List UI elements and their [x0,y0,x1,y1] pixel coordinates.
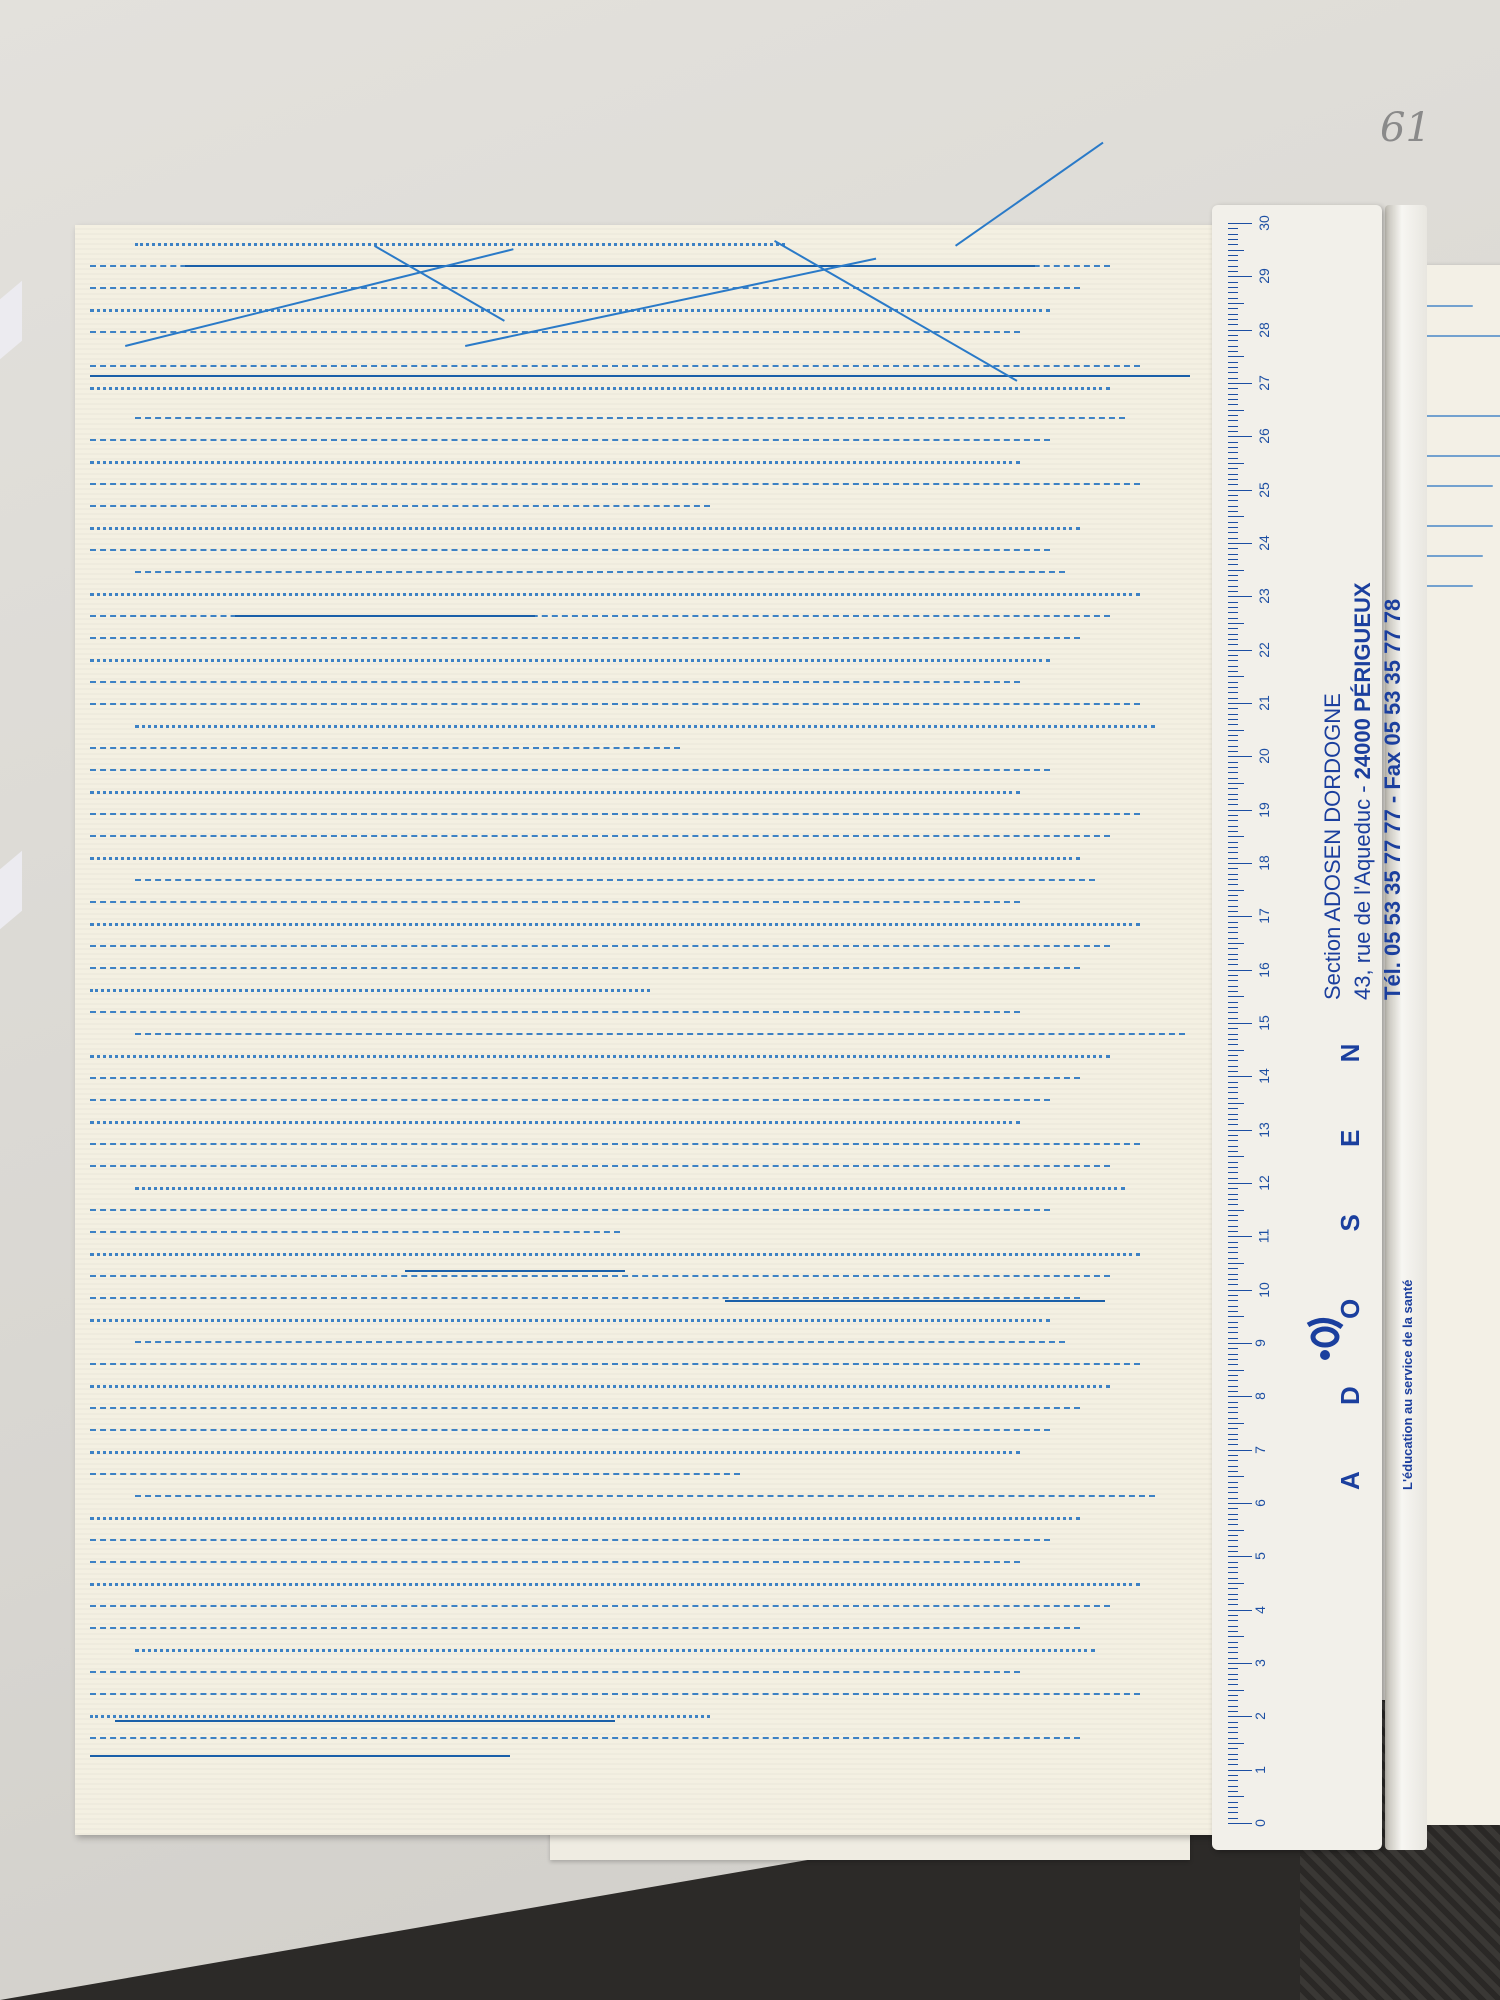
strikethrough [405,1270,625,1272]
ruler-tick [1228,596,1252,597]
ruler-tick [1228,362,1238,363]
ruler-tick [1228,506,1238,507]
ruler-tick [1228,1322,1238,1323]
handwritten-line [90,1253,1140,1256]
ruler-tick [1228,1636,1244,1637]
ruler-tick [1228,778,1238,779]
ruler-tick [1228,623,1244,624]
ruler-tick [1228,1151,1238,1152]
ruler-tick [1228,383,1252,384]
ruler-tick [1228,1668,1238,1669]
ruler-tick [1228,1722,1238,1723]
ruler-tick [1228,1066,1238,1067]
ruler-tick [1228,650,1252,651]
strikethrough [725,1300,1105,1302]
ruler-tick [1228,1338,1238,1339]
ruler-tick [1228,1562,1238,1563]
ruler-tick [1228,250,1244,251]
ruler-tick [1228,1082,1238,1083]
ruler-tick [1228,591,1238,592]
ruler-label: 8 [1252,1392,1268,1400]
ruler-tick [1228,1039,1238,1040]
ruler-label: 9 [1252,1339,1268,1347]
ruler-tick [1228,1466,1238,1467]
ruler-tick [1228,1540,1238,1541]
ruler-tick [1228,463,1244,464]
ruler-tick [1228,815,1238,816]
ruler-label: 6 [1252,1499,1268,1507]
ruler-tick [1228,1370,1244,1371]
ruler-tick [1228,1684,1238,1685]
ruler-tick [1228,1764,1238,1765]
ruler-tick [1228,1220,1238,1221]
ruler-tick [1228,927,1238,928]
handwritten-line [135,1649,1095,1652]
handwritten-line [90,901,1020,903]
ruler-tick [1228,1284,1238,1285]
ruler-tick [1228,1652,1238,1653]
ruler-label: 25 [1256,482,1272,498]
ruler-label: 21 [1256,695,1272,711]
ruler-tick [1228,1460,1238,1461]
ruler-tick [1228,1167,1238,1168]
ruler-label: 27 [1256,375,1272,391]
ruler-tick [1228,756,1252,757]
ruler-label: 20 [1256,749,1272,765]
ruler-tick [1228,1418,1238,1419]
handwritten-line [90,1231,620,1233]
ruler-tick [1228,1503,1252,1504]
handwritten-line [90,331,1020,333]
ruler-tick [1228,287,1238,288]
ruler-tick [1228,468,1238,469]
ruler-tick [1228,1711,1238,1712]
ruler-tick [1228,1508,1238,1509]
handwritten-line [90,1385,1110,1388]
ruler-tick [1228,842,1238,843]
ruler-tick [1228,564,1238,565]
handwritten-line [90,1011,1020,1013]
ruler-tick [1228,1407,1238,1408]
ruler-tick [1228,484,1238,485]
ruler-tick [1228,399,1238,400]
ruler-tick [1228,1135,1238,1136]
ruler-tick [1228,762,1238,763]
ruler-tick [1228,367,1238,368]
ruler-tick [1228,874,1238,875]
ruler-tick [1228,1306,1238,1307]
ruler-tick [1228,1140,1238,1141]
adosen-logo-icon [1300,1315,1350,1375]
handwritten-line [135,1495,1155,1497]
handwritten-line [90,659,1050,662]
ruler-tick [1228,1092,1238,1093]
ruler-tick [1228,831,1238,832]
ruler-tick [1228,500,1238,501]
ruler-tick [1228,442,1238,443]
ruler-tick [1228,271,1238,272]
ruler-tick [1228,767,1238,768]
ruler-tick [1228,1316,1244,1317]
ruler-label: 26 [1256,429,1272,445]
ruler-tick [1228,1802,1238,1803]
handwritten-line [1423,335,1500,337]
ruler-tick [1228,1034,1238,1035]
ruler-tick [1228,1700,1238,1701]
handwritten-line [90,483,1140,485]
handwritten-line [90,527,1080,530]
ruler-tick [1228,1695,1238,1696]
ruler-tick [1228,1604,1238,1605]
handwritten-line [135,571,1065,573]
ruler-tick [1228,324,1238,325]
ruler-tick [1228,826,1238,827]
handwritten-line [135,1187,1125,1190]
ruler-label: 30 [1256,215,1272,231]
ruler-label: 4 [1252,1606,1268,1614]
ruler-tick [1228,1231,1238,1232]
handwritten-line [1423,585,1473,587]
ruler-tick [1228,687,1238,688]
ruler-tick [1228,1114,1238,1115]
handwritten-line [90,593,1140,596]
ruler-label: 13 [1256,1122,1272,1138]
ruler-tick [1228,426,1238,427]
strikethrough [90,1755,510,1757]
ruler-label: 18 [1256,855,1272,871]
ruler-tick [1228,1119,1238,1120]
ruler-tick [1228,276,1252,277]
ruler-tick [1228,1188,1238,1189]
handwritten-line [135,879,1095,881]
ruler-section: Section ADOSEN DORDOGNE [1318,582,1348,1000]
pencil-page-number: 61 [1380,105,1431,151]
handwritten-line [1423,555,1483,557]
ruler-tick [1228,922,1238,923]
handwritten-line [135,1033,1185,1035]
ruler-tick [1228,1732,1238,1733]
ruler-tick [1228,708,1238,709]
ruler-tick [1228,1327,1238,1328]
handwritten-line [90,461,1020,464]
handwritten-line [90,1275,1110,1277]
handwritten-line [90,703,1140,705]
ruler-tick [1228,676,1244,677]
ruler-tick [1228,1444,1238,1445]
ruler-tick [1228,330,1252,331]
handwritten-line [90,1429,1050,1431]
ruler-tick [1228,516,1244,517]
section-divider [90,375,1190,377]
ruler-tick [1228,1002,1238,1003]
ruler-tick [1228,1770,1252,1771]
handwritten-line [135,1341,1065,1343]
ruler-tick [1228,788,1238,789]
ruler-tick [1228,1759,1238,1760]
handwritten-line [1423,525,1493,527]
ruler-tick [1228,1807,1238,1808]
ruler-tick [1228,554,1238,555]
handwritten-line [90,1143,1140,1145]
ruler-tick [1228,1050,1244,1051]
ruler-tick [1228,415,1238,416]
ruler-label: 11 [1255,1229,1271,1244]
ruler-tick [1228,1162,1238,1163]
handwritten-line [135,243,785,246]
handwritten-line [90,1517,1080,1520]
ruler-tick [1228,964,1238,965]
ruler-tick [1228,671,1238,672]
ruler-tick [1228,431,1238,432]
ruler-tick [1228,479,1238,480]
adjacent-manuscript-sheet [1415,265,1500,1825]
handwritten-line [90,857,1080,860]
handwritten-line [90,923,1140,926]
ruler-tick [1228,559,1238,560]
handwritten-line [90,1693,1140,1695]
ruler-tick [1228,1524,1238,1525]
ruler-tick [1228,372,1238,373]
ruler-brand-logo: A D O S E N [1335,1014,1366,1490]
ruler-tick [1228,1620,1238,1621]
ruler-label: 29 [1256,269,1272,285]
ruler-label: 28 [1256,322,1272,338]
ruler-tick [1228,1402,1238,1403]
ruler-tick [1228,692,1238,693]
ruler-tick [1228,666,1238,667]
ruler-tick [1228,879,1238,880]
ruler-tick [1228,436,1252,437]
ruler-tick [1228,1396,1252,1397]
ruler-tick [1228,1236,1252,1237]
ruler-tick [1228,655,1238,656]
handwritten-line [90,1077,1080,1079]
ruler-tick [1228,586,1238,587]
ruler-tick [1228,1647,1238,1648]
ruler-tick [1228,639,1238,640]
ruler-tick [1228,495,1238,496]
ruler-tick [1228,1023,1252,1024]
ruler-tick [1228,1364,1238,1365]
ruler-tick [1228,228,1238,229]
ruler-tick [1228,1199,1238,1200]
handwritten-line [135,417,1125,419]
handwritten-line [90,945,1110,947]
ruler-label: 3 [1252,1659,1268,1667]
ruler-tick [1228,1476,1244,1477]
ruler-tick [1228,719,1238,720]
handwritten-line [90,1473,740,1475]
ruler-tick [1228,794,1238,795]
ruler-tick [1228,783,1244,784]
ruler-tick [1228,682,1238,683]
ruler-tick [1228,1492,1238,1493]
ruler-tick [1228,954,1238,955]
handwritten-line [90,1671,1020,1673]
strikethrough [185,265,1035,267]
ruler-tick [1228,1594,1238,1595]
ruler-tick [1228,1130,1252,1131]
ruler-tick [1228,570,1244,571]
cross-out-stroke [465,258,876,347]
ruler-tick [1228,1076,1252,1077]
ruler-tick [1228,1439,1238,1440]
ruler-tick [1228,724,1238,725]
ruler-tick [1228,1572,1238,1573]
ruler-address-block: Section ADOSEN DORDOGNE 43, rue de l'Aqu… [1318,582,1408,1000]
ruler-tick [1228,884,1238,885]
ruler-tick [1228,1599,1238,1600]
ruler-label: 5 [1252,1552,1268,1560]
handwritten-line [90,637,1080,639]
ruler-tick [1228,1674,1238,1675]
ruler-tick [1228,644,1238,645]
ruler-tick [1228,1658,1238,1659]
ruler-phone: Tél. 05 53 35 77 77 - Fax 05 53 35 77 78 [1378,582,1408,1000]
handwritten-line [90,769,1050,771]
ruler-tick [1228,1055,1238,1056]
ruler-tick [1228,1242,1238,1243]
handwritten-line [90,835,1110,837]
ruler-tick [1228,527,1238,528]
ruler-tick [1228,1268,1238,1269]
ruler-tick [1228,959,1238,960]
ruler-tick [1228,490,1252,491]
ruler-tick [1228,730,1244,731]
ruler-tick [1228,458,1238,459]
ruler-tick [1228,1375,1238,1376]
ruler-tick [1228,1204,1238,1205]
ruler-tick [1228,634,1238,635]
ruler-tick [1228,314,1238,315]
ruler-tick [1228,447,1238,448]
ruler-tick [1228,836,1244,837]
ruler-label: 16 [1256,962,1272,978]
ruler-tick [1228,452,1238,453]
ruler-tick [1228,1706,1238,1707]
ruler-tick [1228,698,1238,699]
ruler-tick [1228,1215,1238,1216]
ruler-tick [1228,223,1252,224]
ruler-tick [1228,804,1238,805]
ruler-tick [1228,244,1238,245]
handwritten-line [90,365,1140,367]
handwritten-line [90,1737,1080,1739]
handwritten-line [90,309,1050,312]
ruler-tick [1228,1615,1238,1616]
ruler-tick [1228,916,1252,917]
handwritten-line [90,813,1140,815]
ruler-tick [1228,1412,1238,1413]
handwritten-line [90,1363,1140,1365]
ruler-tick [1228,911,1238,912]
handwritten-line [90,989,650,992]
ruler-tick [1228,943,1244,944]
ruler-tick [1228,1386,1238,1387]
ruler-tick [1228,575,1238,576]
ruler-label: 14 [1256,1069,1272,1085]
ruler-tick [1228,1044,1238,1045]
handwritten-line [1423,305,1473,307]
handwritten-line [90,1583,1140,1586]
ruler-tick [1228,703,1252,704]
ruler-tick [1228,852,1238,853]
ruler-tick [1228,1796,1244,1797]
ruler-tick [1228,1263,1244,1264]
ruler-tick [1228,346,1238,347]
handwritten-line [135,725,1155,728]
ruler-tick [1228,1786,1238,1787]
ruler-scale: 0123456789101112131415161718192021222324… [1228,215,1268,1830]
ruler-tick [1228,810,1252,811]
ruler-tick [1228,932,1238,933]
ruler-tick [1228,1754,1238,1755]
ruler-tick [1228,1823,1252,1824]
manuscript-page [75,225,1225,1835]
ruler-tick [1228,1471,1238,1472]
ruler-tick [1228,660,1238,661]
ruler-tick [1228,1556,1252,1557]
ruler-tick [1228,298,1238,299]
ruler-tick [1228,388,1238,389]
ruler-tick [1228,1743,1244,1744]
ruler-tick [1228,239,1238,240]
ruler-tick [1228,746,1238,747]
ruler-tick [1228,234,1238,235]
ruler-tick [1228,996,1244,997]
handwritten-line [90,439,1050,441]
ruler-tick [1228,282,1238,283]
ruler-tick [1228,1295,1238,1296]
handwritten-line [90,681,1020,683]
handwritten-line [90,1121,1020,1124]
ruler-tick [1228,1428,1238,1429]
ruler-tick [1228,1359,1238,1360]
ruler-tick [1228,602,1238,603]
ruler-tick [1228,1210,1244,1211]
handwritten-line [90,549,1050,551]
ruler-tick [1228,1156,1244,1157]
ruler-tick [1228,308,1238,309]
ruler-tick [1228,1178,1238,1179]
ruler-tick [1228,1455,1238,1456]
ruler-label: 23 [1256,589,1272,605]
handwritten-line [90,1561,1020,1563]
ruler-tick [1228,607,1238,608]
ruler-tick [1228,1060,1238,1061]
ruler-tick [1228,628,1238,629]
ruler-tick [1228,1018,1238,1019]
ruler-tick [1228,1551,1238,1552]
handwritten-line [90,1099,1050,1101]
handwritten-line [90,1055,1110,1058]
ruler-tick [1228,1482,1238,1483]
ruler-tick [1228,1498,1238,1499]
ruler-tick [1228,351,1238,352]
ruler-tick [1228,895,1238,896]
ruler-tick [1228,1071,1238,1072]
ruler-tick [1228,1567,1238,1568]
handwritten-line [90,1451,1020,1454]
ruler-tick [1228,1535,1238,1536]
ruler-tick [1228,511,1238,512]
ruler-tick [1228,1514,1238,1515]
ruler-label: 10 [1256,1282,1272,1298]
ruler-tick [1228,863,1252,864]
ruler-tick [1228,858,1238,859]
handwritten-line [90,1407,1080,1409]
handwritten-line [90,1319,1050,1322]
